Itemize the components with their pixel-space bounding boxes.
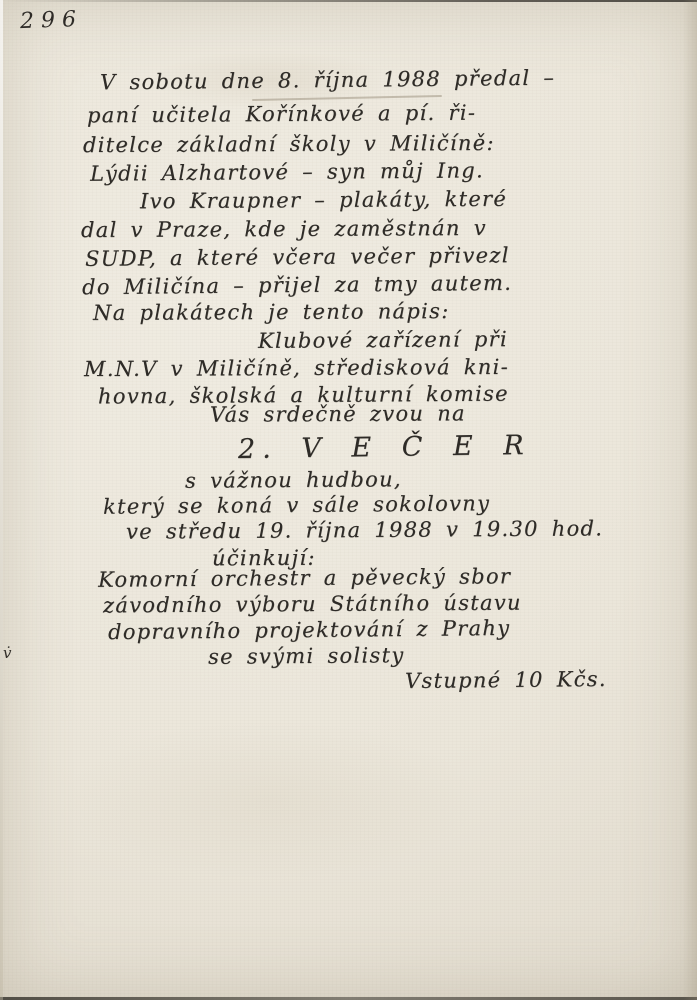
handwritten-line: ve středu 19. října 1988 v 19.30 hod.	[126, 516, 603, 543]
handwritten-line: ditelce základní školy v Miličíně:	[83, 131, 495, 157]
handwritten-line: Ivo Kraupner – plakáty, které	[140, 187, 507, 214]
handwritten-line: Lýdii Alzhartové – syn můj Ing.	[90, 158, 484, 185]
handwritten-line: se svými solisty	[208, 643, 405, 669]
handwritten-line: Komorní orchestr a pěvecký sbor	[98, 564, 511, 592]
handwritten-line: V sobotu dne 8. října 1988 předal –	[100, 66, 555, 95]
handwritten-title-line: 2. V E Č E R	[238, 430, 531, 465]
page-number: 296	[20, 7, 84, 34]
chronicle-page: 296 V sobotu dne 8. října 1988 předal – …	[0, 0, 697, 1000]
page-edge-left	[0, 0, 3, 1000]
handwritten-line: dal v Praze, kde je zaměstnán v	[81, 216, 487, 242]
handwritten-line: který se koná v sále sokolovny	[103, 491, 490, 518]
handwritten-line: Vás srdečně zvou na	[210, 401, 466, 426]
handwritten-line: závodního výboru Státního ústavu	[103, 591, 522, 618]
page-edge-right	[683, 0, 697, 1000]
handwritten-line: Vstupné 10 Kčs.	[405, 667, 607, 693]
handwritten-line: do Miličína – přijel za tmy autem.	[82, 271, 512, 300]
margin-check-mark: v̇	[3, 644, 11, 662]
page-edge-top	[0, 0, 697, 2]
handwritten-line: dopravního projektování z Prahy	[108, 616, 511, 644]
handwritten-line: Na plakátech je tento nápis:	[93, 299, 450, 325]
handwritten-line: s vážnou hudbou,	[185, 467, 402, 493]
handwritten-line: SUDP, a které včera večer přivezl	[85, 243, 510, 271]
handwritten-line: M.N.V v Miličíně, středisková kni-	[84, 355, 509, 381]
paper-stain	[60, 720, 480, 880]
handwritten-line: paní učitela Kořínkové a pí. ři-	[87, 101, 476, 128]
handwritten-line: Klubové zařízení při	[258, 327, 508, 353]
